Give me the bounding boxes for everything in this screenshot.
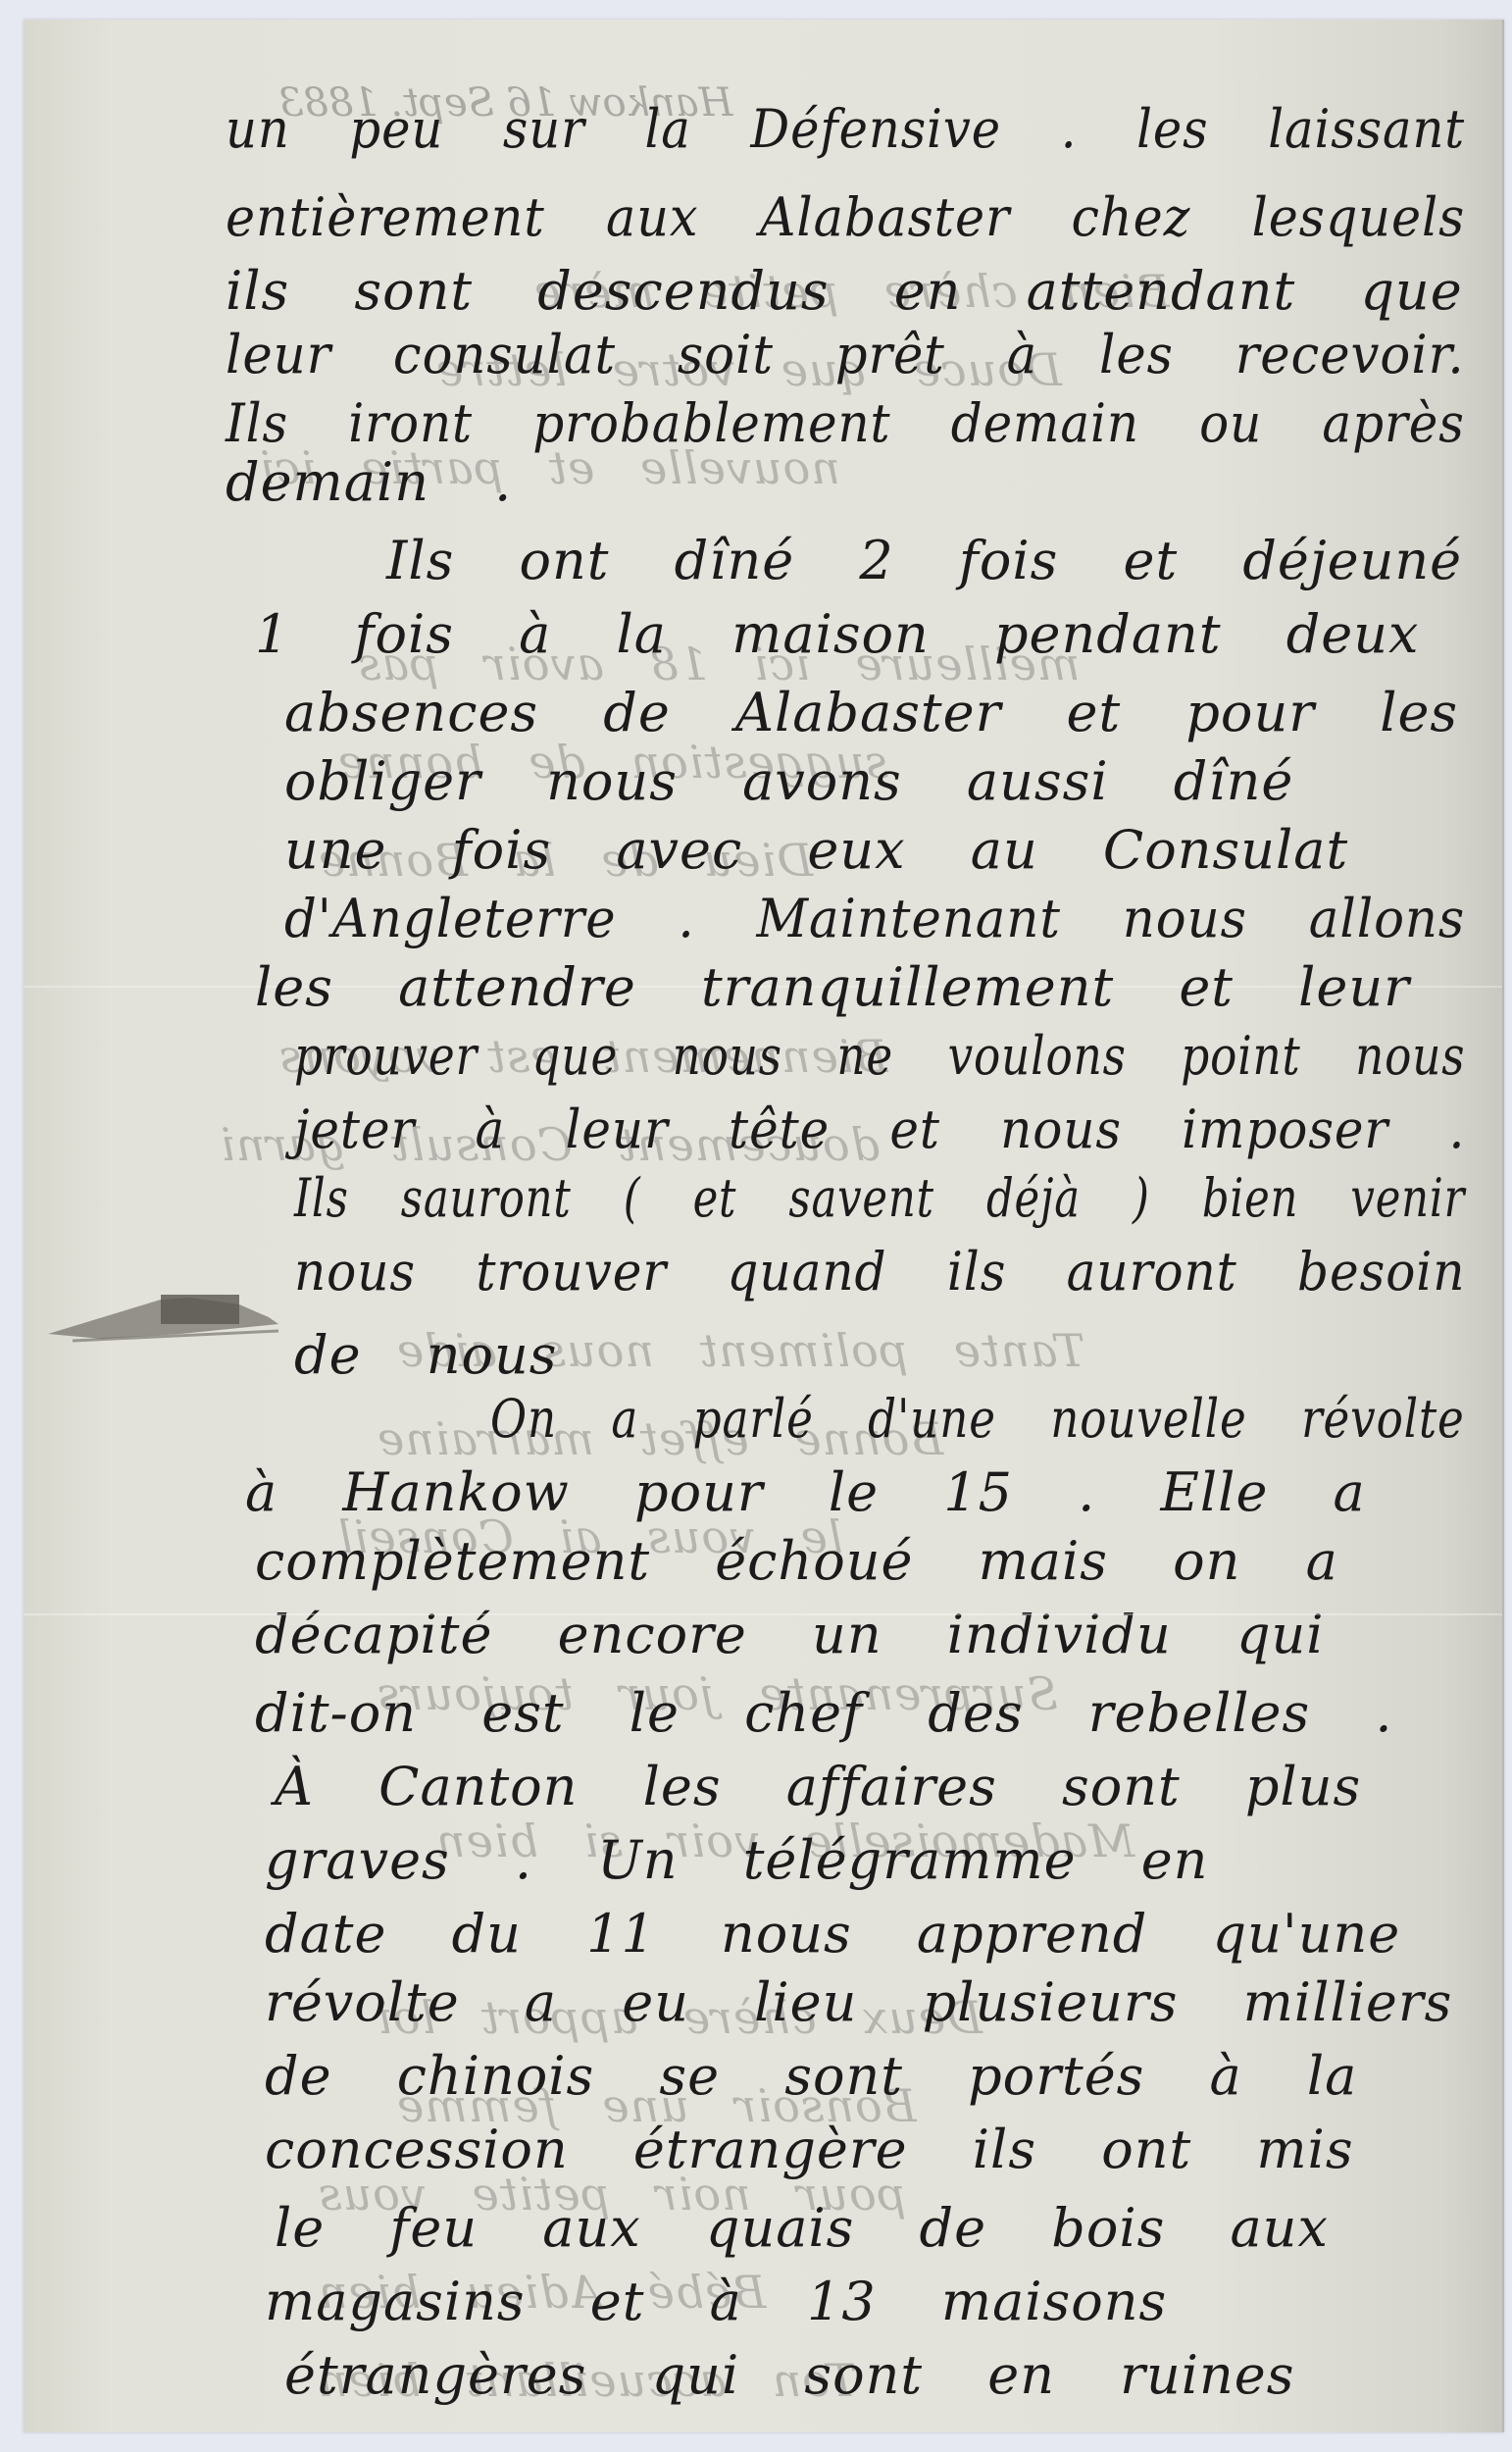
letter-line: jeter à leur tête et nous imposer .: [294, 1103, 1465, 1156]
letter-line: Ils sauront ( et savent déjà ) bien veni…: [294, 1172, 1465, 1225]
letter-line: ils sont descendus en attendant que: [226, 265, 1463, 318]
letter-line: magasins et à 13 maisons: [265, 2275, 1167, 2328]
letter-line: 1 fois à la maison pendant deux: [255, 608, 1419, 661]
letter-line: On a parlé d'une nouvelle révolte: [490, 1393, 1465, 1446]
letter-line: le feu aux quais de bois aux: [275, 2202, 1329, 2255]
letter-line: les attendre tranquillement et leur: [255, 961, 1410, 1014]
letter-line: de nous: [294, 1329, 557, 1382]
letter-line: étrangères qui sont en ruines: [284, 2349, 1294, 2402]
letter-line: de chinois se sont portés à la: [265, 2050, 1357, 2103]
margin-sketch-icon: [43, 1280, 298, 1349]
letter-line: complètement échoué mais on a: [255, 1535, 1338, 1588]
letter-line: Ils ont dîné 2 fois et déjeuné: [386, 535, 1462, 587]
letter-line: concession étrangère ils ont mis: [265, 2123, 1354, 2176]
letter-line: absences de Alabaster et pour les: [284, 687, 1458, 740]
letter-line: date du 11 nous apprend qu'une: [265, 1908, 1400, 1961]
letter-line: dit-on est le chef des rebelles .: [255, 1687, 1393, 1740]
letter-line: d'Angleterre . Maintenant nous allons: [284, 893, 1465, 945]
letter-line: Ils iront probablement demain ou après: [226, 397, 1465, 450]
letter-line: révolte a eu lieu plusieurs milliers: [265, 1976, 1452, 2029]
letter-line: À Canton les affaires sont plus: [275, 1761, 1361, 1813]
letter-line: graves . Un télégramme en: [265, 1834, 1208, 1887]
letter-line: décapité encore un individu qui: [255, 1609, 1325, 1661]
letter-line: à Hankow pour le 15 . Elle a: [245, 1466, 1366, 1519]
letter-line: une fois avec eux au Consulat: [284, 824, 1348, 877]
letter-line: entièrement aux Alabaster chez lesquels: [226, 191, 1465, 244]
letter-page: Hankow 16 Sept. 1883 Bien chère petite m…: [24, 20, 1504, 2432]
letter-line: nous trouver quand ils auront besoin: [294, 1246, 1465, 1299]
letter-line: un peu sur la Défensive . les laissant: [226, 103, 1465, 156]
letter-line: leur consulat soit prêt à les recevoir.: [226, 329, 1465, 382]
letter-line: obliger nous avons aussi dîné: [284, 755, 1293, 808]
letter-line: demain .: [226, 456, 512, 509]
letter-line: prouver que nous ne voulons point nous: [294, 1030, 1465, 1083]
